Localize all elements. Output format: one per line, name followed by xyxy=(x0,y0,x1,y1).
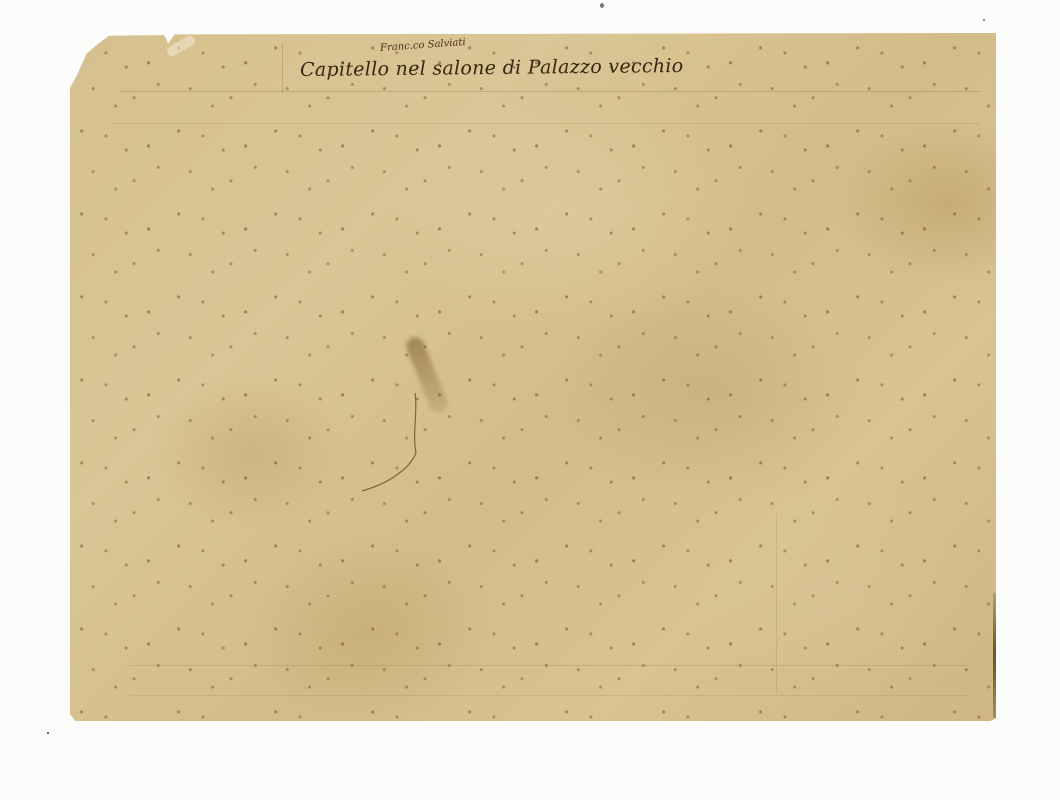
dust-speck xyxy=(47,732,49,734)
title-inscription: Capitello nel salone di Palazzo vecchio xyxy=(300,55,684,81)
ruled-line xyxy=(130,665,970,666)
dust-speck xyxy=(983,19,985,21)
ruled-line-vertical xyxy=(776,513,777,693)
ruled-line xyxy=(130,695,970,696)
ruled-line-vertical xyxy=(282,43,283,93)
ruled-line xyxy=(110,123,980,124)
paper-sheet: Franc.co Salviati Capitello nel salone d… xyxy=(70,33,996,721)
scan-canvas: Franc.co Salviati Capitello nel salone d… xyxy=(0,0,1060,800)
ruled-line xyxy=(120,91,980,92)
dust-speck xyxy=(600,3,604,8)
edge-discoloration xyxy=(993,593,996,718)
paper-crack xyxy=(360,393,420,493)
paper-speckles xyxy=(70,33,996,721)
